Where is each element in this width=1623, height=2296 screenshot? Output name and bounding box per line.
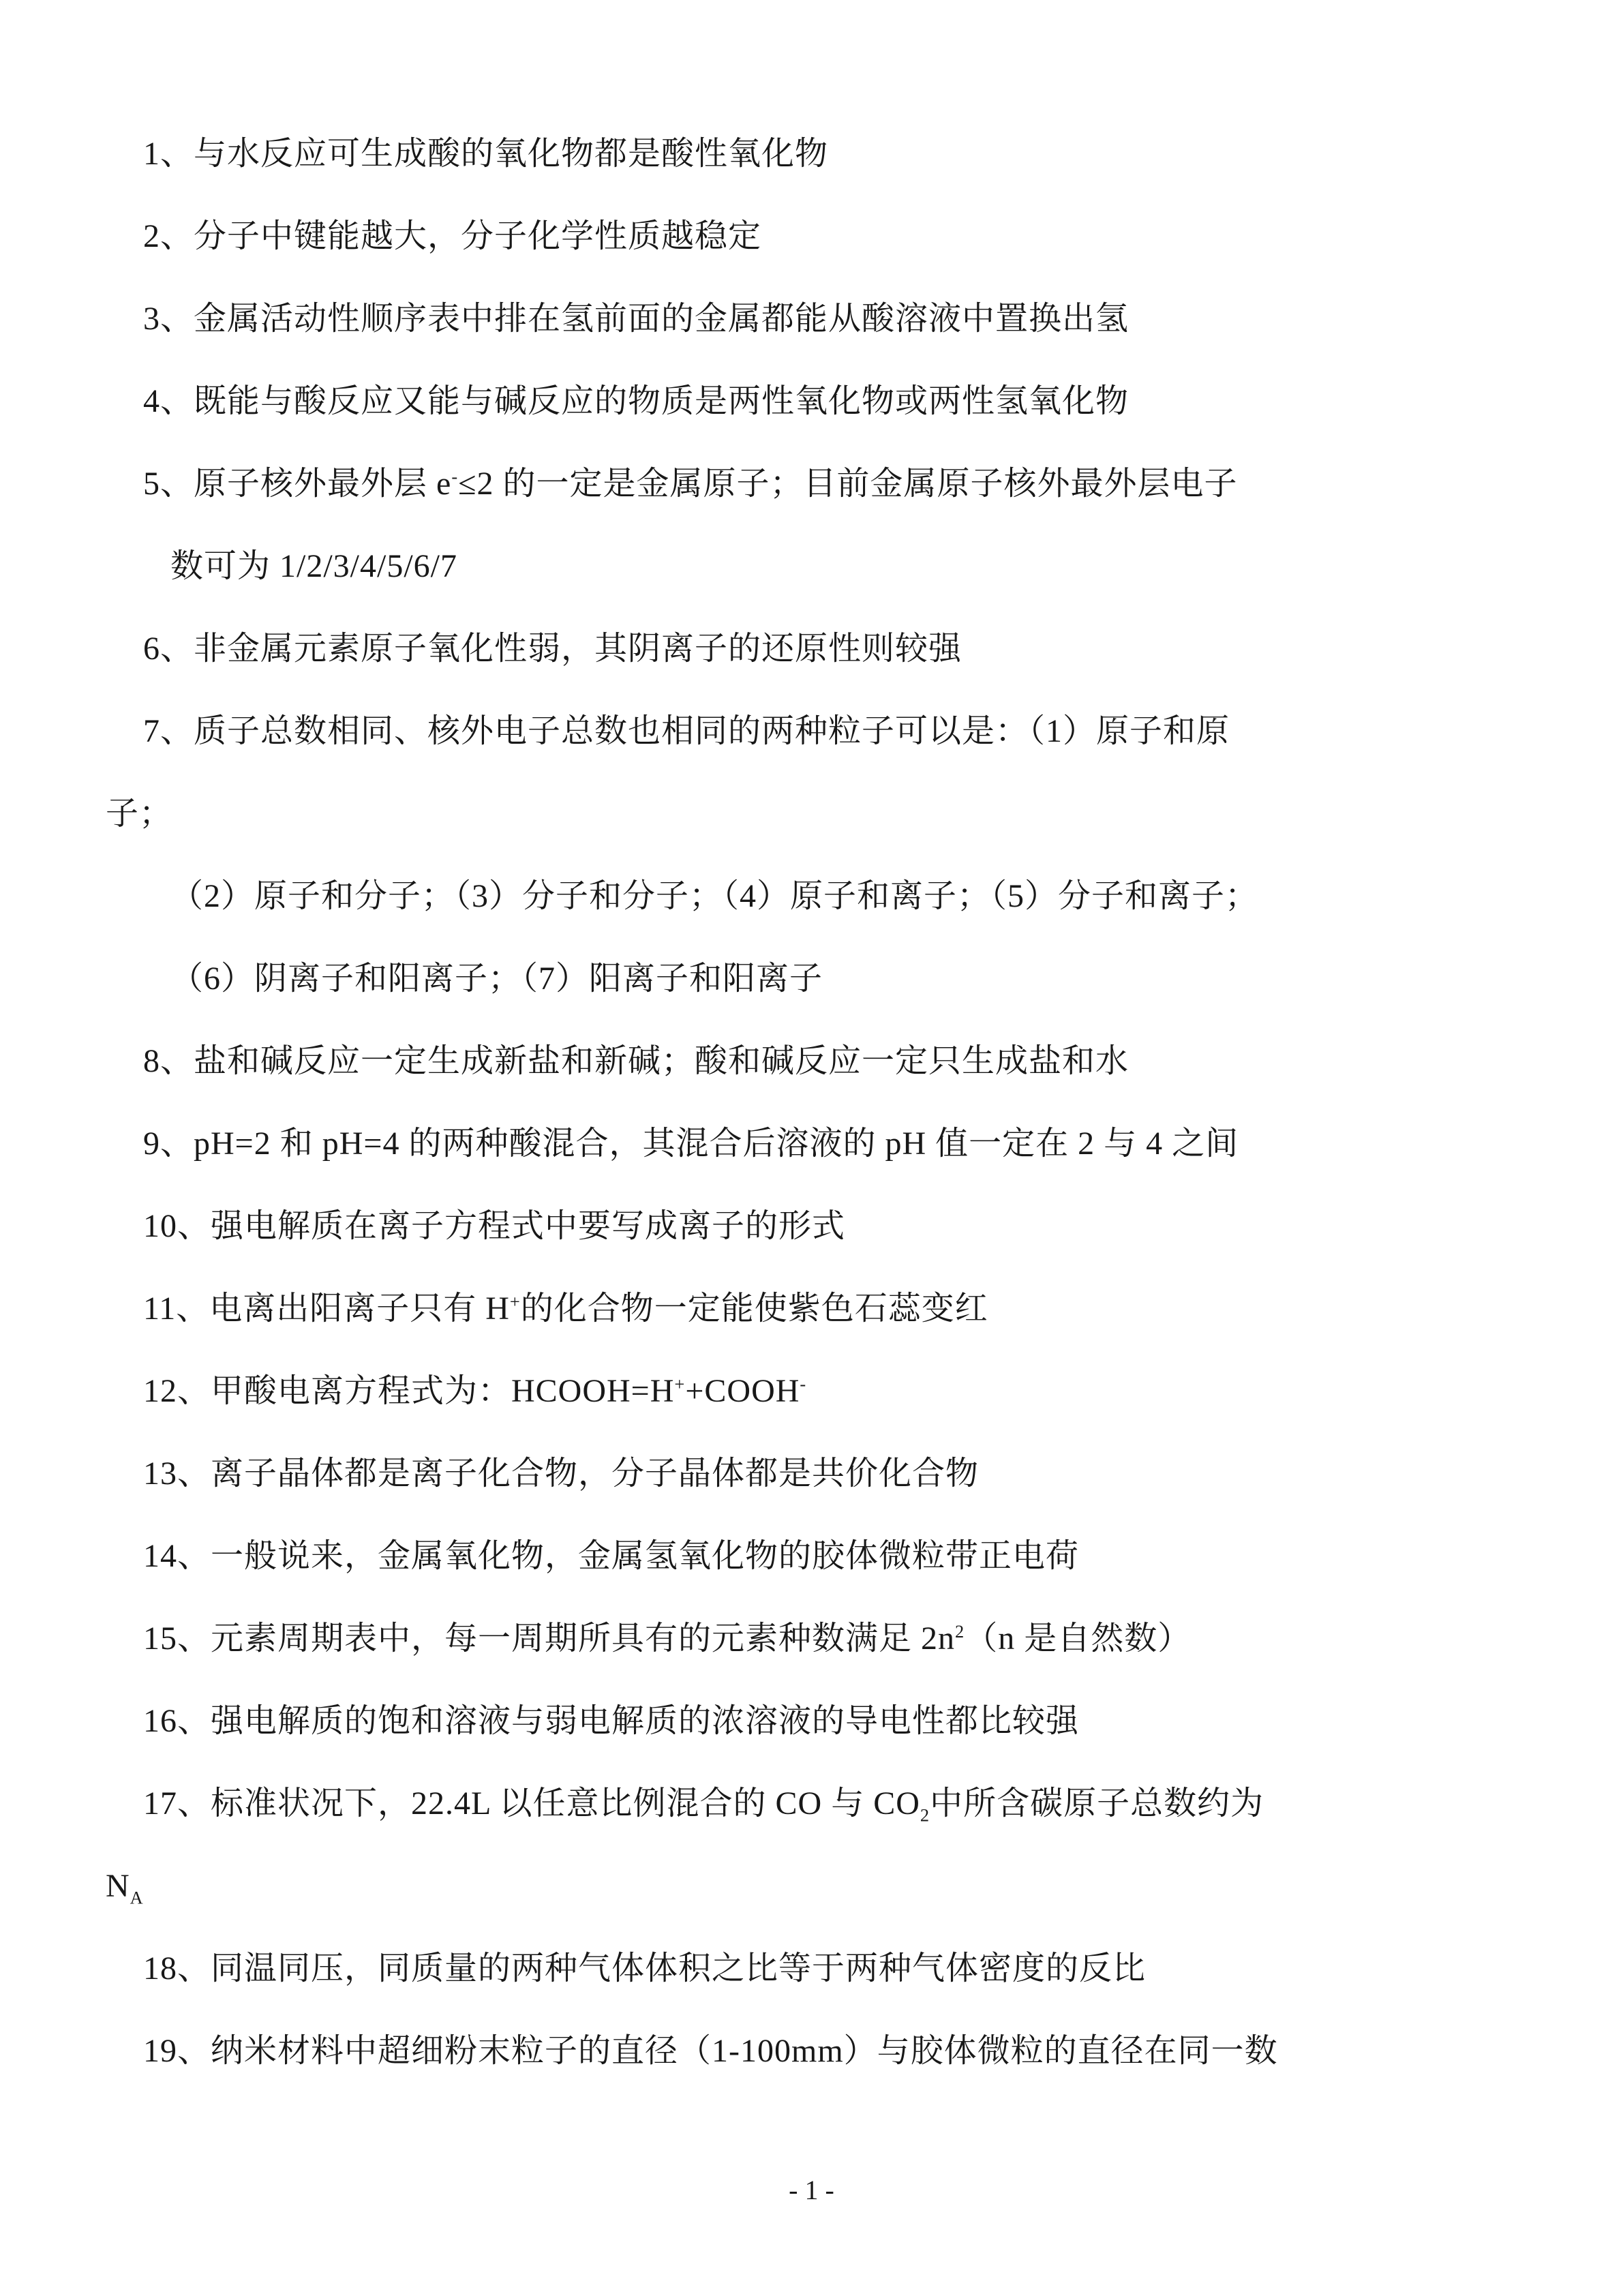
text-line: 2、分子中键能越大，分子化学性质越稳定: [143, 195, 1562, 277]
text-line: NA: [106, 1845, 1562, 1927]
text-line: 18、同温同压，同质量的两种气体体积之比等于两种气体密度的反比: [143, 1927, 1562, 2010]
text-segment: 中所含碳原子总数约为: [930, 1785, 1264, 1822]
text-line: 12、甲酸电离方程式为：HCOOH=H++COOH-: [143, 1350, 1562, 1432]
text-segment: 16、强电解质的饱和溶液与弱电解质的浓溶液的导电性都比较强: [143, 1703, 1079, 1739]
text-segment: 的化合物一定能使紫色石蕊变红: [521, 1290, 988, 1327]
text-segment: 子；: [106, 796, 172, 832]
text-line: 19、纳米材料中超细粉末粒子的直径（1-100mm）与胶体微粒的直径在同一数: [143, 2010, 1562, 2092]
text-line: 8、盐和碱反应一定生成新盐和新碱；酸和碱反应一定只生成盐和水: [143, 1020, 1562, 1102]
text-line: （2）原子和分子；（3）分子和分子；（4）原子和离子；（5）分子和离子；: [170, 855, 1562, 937]
text-line: （6）阴离子和阳离子；（7）阳离子和阳离子: [170, 937, 1562, 1020]
text-segment: 14、一般说来，金属氧化物，金属氢氧化物的胶体微粒带正电荷: [143, 1538, 1079, 1574]
text-segment: （n 是自然数）: [965, 1620, 1191, 1657]
text-line: 7、质子总数相同、核外电子总数也相同的两种粒子可以是：（1）原子和原: [143, 690, 1562, 772]
text-line: 3、金属活动性顺序表中排在氢前面的金属都能从酸溶液中置换出氢: [143, 277, 1562, 360]
document-body: 1、与水反应可生成酸的氧化物都是酸性氧化物2、分子中键能越大，分子化学性质越稳定…: [0, 0, 1623, 2092]
text-segment: 7、质子总数相同、核外电子总数也相同的两种粒子可以是：（1）原子和原: [143, 713, 1230, 749]
text-line: 10、强电解质在离子方程式中要写成离子的形式: [143, 1185, 1562, 1267]
text-segment: 数可为 1/2/3/4/5/6/7: [170, 548, 457, 584]
text-line: 14、一般说来，金属氧化物，金属氢氧化物的胶体微粒带正电荷: [143, 1515, 1562, 1597]
sup-text: +: [674, 1374, 685, 1394]
text-segment: 13、离子晶体都是离子化合物，分子晶体都是共价化合物: [143, 1455, 979, 1492]
text-line: 6、非金属元素原子氧化性弱，其阴离子的还原性则较强: [143, 607, 1562, 690]
text-segment: 11、电离出阳离子只有 H: [143, 1290, 510, 1327]
text-segment: 6、非金属元素原子氧化性弱，其阴离子的还原性则较强: [143, 631, 962, 667]
sup-text: -: [800, 1374, 806, 1394]
text-line: 17、标准状况下，22.4L 以任意比例混合的 CO 与 CO2中所含碳原子总数…: [143, 1762, 1562, 1845]
text-segment: ≤2 的一定是金属原子；目前金属原子核外最外层电子: [458, 466, 1237, 502]
text-segment: 2、分子中键能越大，分子化学性质越稳定: [143, 218, 761, 254]
text-segment: 1、与水反应可生成酸的氧化物都是酸性氧化物: [143, 136, 828, 172]
sub-text: A: [130, 1888, 144, 1908]
text-segment: 5、原子核外最外层 e: [143, 466, 451, 502]
text-segment: 9、pH=2 和 pH=4 的两种酸混合，其混合后溶液的 pH 值一定在 2 与…: [143, 1126, 1239, 1162]
page-footer: - 1 -: [0, 2174, 1623, 2207]
text-segment: 19、纳米材料中超细粉末粒子的直径（1-100mm）与胶体微粒的直径在同一数: [143, 2033, 1278, 2069]
text-line: 5、原子核外最外层 e-≤2 的一定是金属原子；目前金属原子核外最外层电子: [143, 442, 1562, 525]
text-segment: 12、甲酸电离方程式为：HCOOH=H: [143, 1373, 674, 1409]
text-segment: 4、既能与酸反应又能与碱反应的物质是两性氧化物或两性氢氧化物: [143, 383, 1129, 419]
sup-text: 2: [955, 1621, 965, 1642]
text-line: 11、电离出阳离子只有 H+的化合物一定能使紫色石蕊变红: [143, 1267, 1562, 1350]
text-segment: 8、盐和碱反应一定生成新盐和新碱；酸和碱反应一定只生成盐和水: [143, 1043, 1129, 1079]
sup-text: -: [451, 466, 458, 487]
document-page: 1、与水反应可生成酸的氧化物都是酸性氧化物2、分子中键能越大，分子化学性质越稳定…: [0, 0, 1623, 2296]
page-number: - 1 -: [789, 2175, 834, 2205]
text-line: 子；: [106, 772, 1562, 855]
text-segment: 18、同温同压，同质量的两种气体体积之比等于两种气体密度的反比: [143, 1950, 1146, 1987]
text-line: 13、离子晶体都是离子化合物，分子晶体都是共价化合物: [143, 1432, 1562, 1515]
text-segment: N: [106, 1868, 130, 1904]
text-line: 15、元素周期表中，每一周期所具有的元素种数满足 2n2（n 是自然数）: [143, 1597, 1562, 1680]
text-line: 16、强电解质的饱和溶液与弱电解质的浓溶液的导电性都比较强: [143, 1680, 1562, 1762]
text-segment: 15、元素周期表中，每一周期所具有的元素种数满足 2n: [143, 1620, 955, 1657]
text-segment: 3、金属活动性顺序表中排在氢前面的金属都能从酸溶液中置换出氢: [143, 301, 1129, 337]
sup-text: +: [510, 1291, 521, 1312]
text-line: 9、pH=2 和 pH=4 的两种酸混合，其混合后溶液的 pH 值一定在 2 与…: [143, 1102, 1562, 1185]
text-segment: +COOH: [685, 1373, 800, 1409]
text-segment: 17、标准状况下，22.4L 以任意比例混合的 CO 与 CO: [143, 1785, 920, 1822]
text-segment: 10、强电解质在离子方程式中要写成离子的形式: [143, 1208, 845, 1244]
text-line: 1、与水反应可生成酸的氧化物都是酸性氧化物: [143, 112, 1562, 195]
sub-text: 2: [920, 1805, 930, 1826]
text-line: 4、既能与酸反应又能与碱反应的物质是两性氧化物或两性氢氧化物: [143, 360, 1562, 442]
text-segment: （2）原子和分子；（3）分子和分子；（4）原子和离子；（5）分子和离子；: [170, 878, 1258, 914]
text-line: 数可为 1/2/3/4/5/6/7: [170, 525, 1562, 607]
text-segment: （6）阴离子和阳离子；（7）阳离子和阳离子: [170, 961, 823, 997]
